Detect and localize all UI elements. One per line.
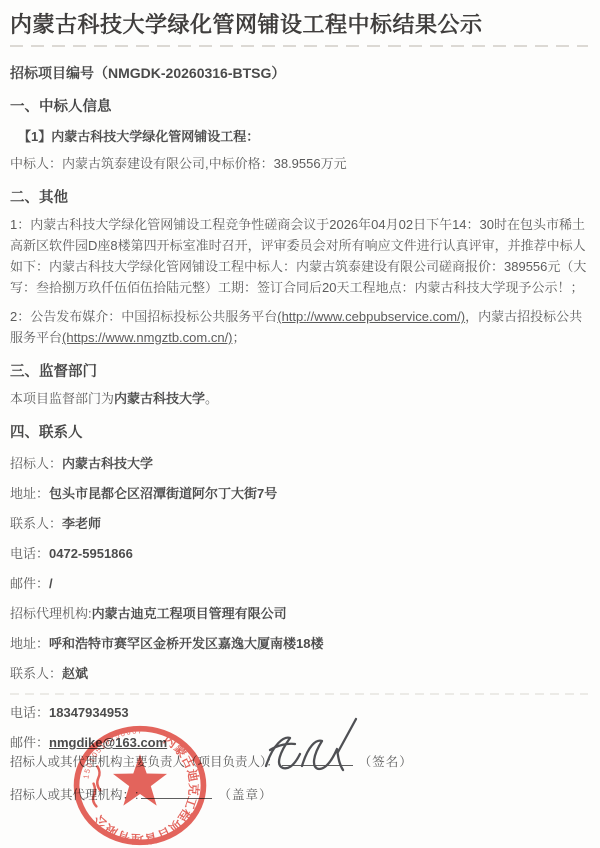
link-nmgztb[interactable]: (https://www.nmgztb.com.cn/): [62, 330, 233, 345]
announcement-page: 内蒙古科技大学绿化管网铺设工程中标结果公示 招标项目编号（NMGDK-20260…: [0, 0, 600, 751]
contact-label: 邮件：: [10, 735, 49, 750]
title-divider: [10, 45, 588, 47]
winner-detail: 中标人：内蒙古筑泰建设有限公司,中标价格：38.9556万元: [10, 153, 588, 174]
media-text-suffix: ；: [233, 330, 246, 345]
section-heading-supervise: 三、监督部门: [10, 364, 588, 380]
contact-row-agency-person: 联系人：赵斌: [10, 665, 588, 682]
contact-value: 18347934953: [49, 705, 129, 720]
agency-email-link[interactable]: nmgdike@163.com: [49, 735, 167, 750]
signature-blank-line: [282, 752, 353, 766]
page-title: 内蒙古科技大学绿化管网铺设工程中标结果公示: [10, 12, 588, 38]
contact-label: 联系人：: [10, 666, 62, 681]
other-paragraph-1: 1：内蒙古科技大学绿化管网铺设工程竞争性磋商会议于2026年04月02日下午14…: [10, 214, 588, 298]
contact-row-agency: 招标代理机构:内蒙古迪克工程项目管理有限公司: [10, 605, 588, 622]
sign-suffix: （签名）: [359, 755, 413, 769]
contact-row-agency-email: 邮件：nmgdike@163.com: [10, 734, 588, 751]
contact-value: 0472-5951866: [49, 546, 133, 561]
link-cebpubservice[interactable]: (http://www.cebpubservice.com/): [277, 309, 465, 324]
contact-label: 招标代理机构:: [10, 606, 92, 621]
contact-label: 招标人：: [10, 456, 62, 471]
supervise-prefix: 本项目监督部门为: [10, 391, 114, 406]
contact-value: 呼和浩特市赛罕区金桥开发区嘉逸大厦南楼18楼: [49, 636, 323, 651]
stamp-blank-line: [141, 785, 212, 799]
sign-row: 招标人或其代理机构主要负责人（项目负责人）：（签名）: [10, 752, 590, 771]
contact-value: /: [49, 576, 53, 591]
winner-item-title: 【1】内蒙古科技大学绿化管网铺设工程：: [18, 129, 588, 145]
contact-value: 李老师: [62, 516, 101, 531]
supervise-line: 本项目监督部门为内蒙古科技大学。: [10, 388, 588, 409]
stamp-row: 招标人或其代理机构：:（盖章）: [10, 785, 590, 804]
media-text-prefix: 2：公告发布媒介：中国招标投标公共服务平台: [10, 309, 277, 324]
contact-value: 内蒙古迪克工程项目管理有限公司: [92, 606, 287, 621]
project-number: 招标项目编号（NMGDK-20260316-BTSG）: [10, 63, 588, 83]
contact-row-agency-address: 地址：呼和浩特市赛罕区金桥开发区嘉逸大厦南楼18楼: [10, 635, 588, 652]
sign-label: 招标人或其代理机构主要负责人（项目负责人）：: [10, 755, 279, 769]
other-paragraph-2: 2：公告发布媒介：中国招标投标公共服务平台(http://www.cebpubs…: [10, 306, 588, 348]
contact-row-person: 联系人：李老师: [10, 515, 588, 532]
section-heading-contacts: 四、联系人: [10, 425, 588, 441]
stamp-label: 招标人或其代理机构：:: [10, 788, 138, 802]
contact-row-phone: 电话：0472-5951866: [10, 545, 588, 562]
section-heading-winner: 一、中标人信息: [10, 99, 588, 115]
contact-label: 邮件：: [10, 576, 49, 591]
contact-label: 电话：: [10, 705, 49, 720]
section-heading-other: 二、其他: [10, 190, 588, 206]
supervise-department: 内蒙古科技大学: [114, 391, 205, 406]
supervise-suffix: 。: [205, 391, 218, 406]
faint-divider: [10, 693, 588, 695]
contact-value: 内蒙古科技大学: [62, 456, 153, 471]
contact-label: 电话：: [10, 546, 49, 561]
contact-label: 联系人：: [10, 516, 62, 531]
signature-block: 招标人或其代理机构主要负责人（项目负责人）：（签名） 招标人或其代理机构：:（盖…: [10, 752, 590, 818]
contact-row-email: 邮件：/: [10, 575, 588, 592]
contact-value: 赵斌: [62, 666, 88, 681]
contact-label: 地址：: [10, 486, 49, 501]
contact-row-tenderer: 招标人：内蒙古科技大学: [10, 455, 588, 472]
stamp-suffix: （盖章）: [218, 788, 272, 802]
contact-row-agency-phone: 电话：18347934953: [10, 704, 588, 721]
contact-value: 包头市昆都仑区沼潭街道阿尔丁大街7号: [49, 486, 277, 501]
contact-label: 地址：: [10, 636, 49, 651]
contact-row-address: 地址：包头市昆都仑区沼潭街道阿尔丁大街7号: [10, 485, 588, 502]
